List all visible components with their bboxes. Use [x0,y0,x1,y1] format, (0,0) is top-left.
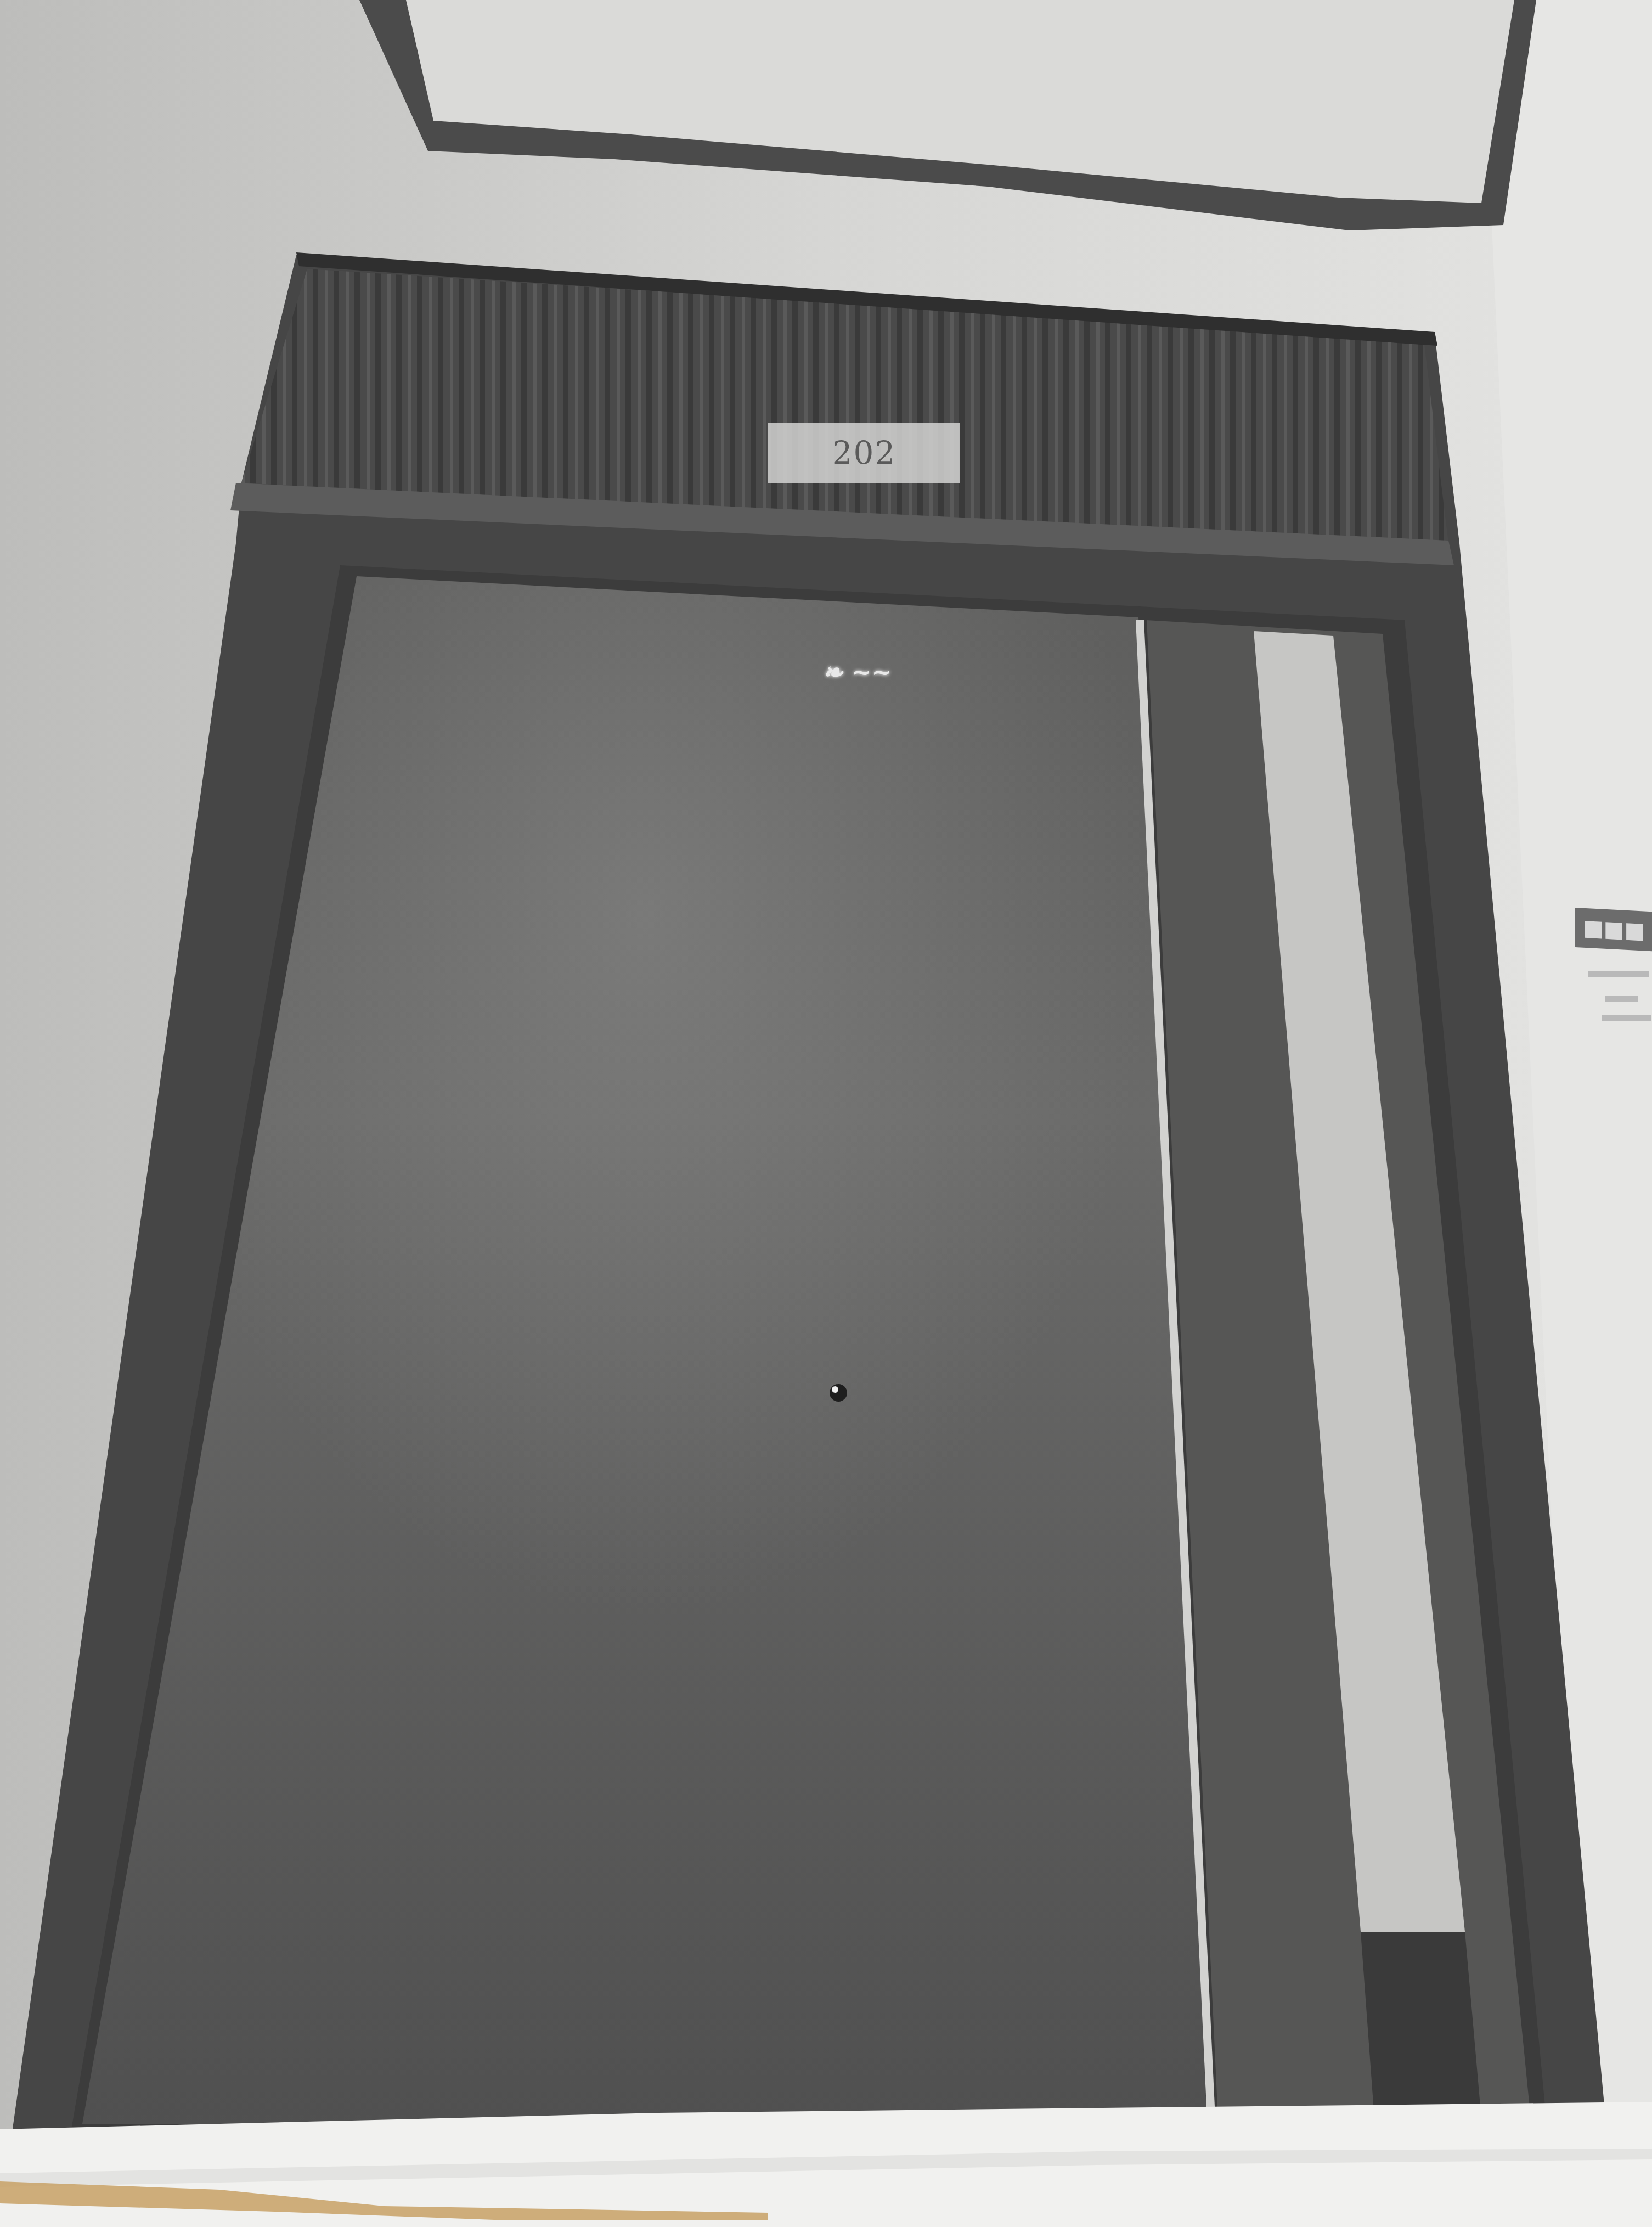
room-number: 202 [768,423,960,483]
door-photo [0,0,1652,2227]
sticker-label: ■■■ [1575,908,1652,952]
peephole [830,1384,847,1402]
door-ornament: ❧ ~~ [798,656,916,689]
wall-sticker: ■■■ [1572,900,1652,1026]
side-light-base [1361,1932,1481,2118]
